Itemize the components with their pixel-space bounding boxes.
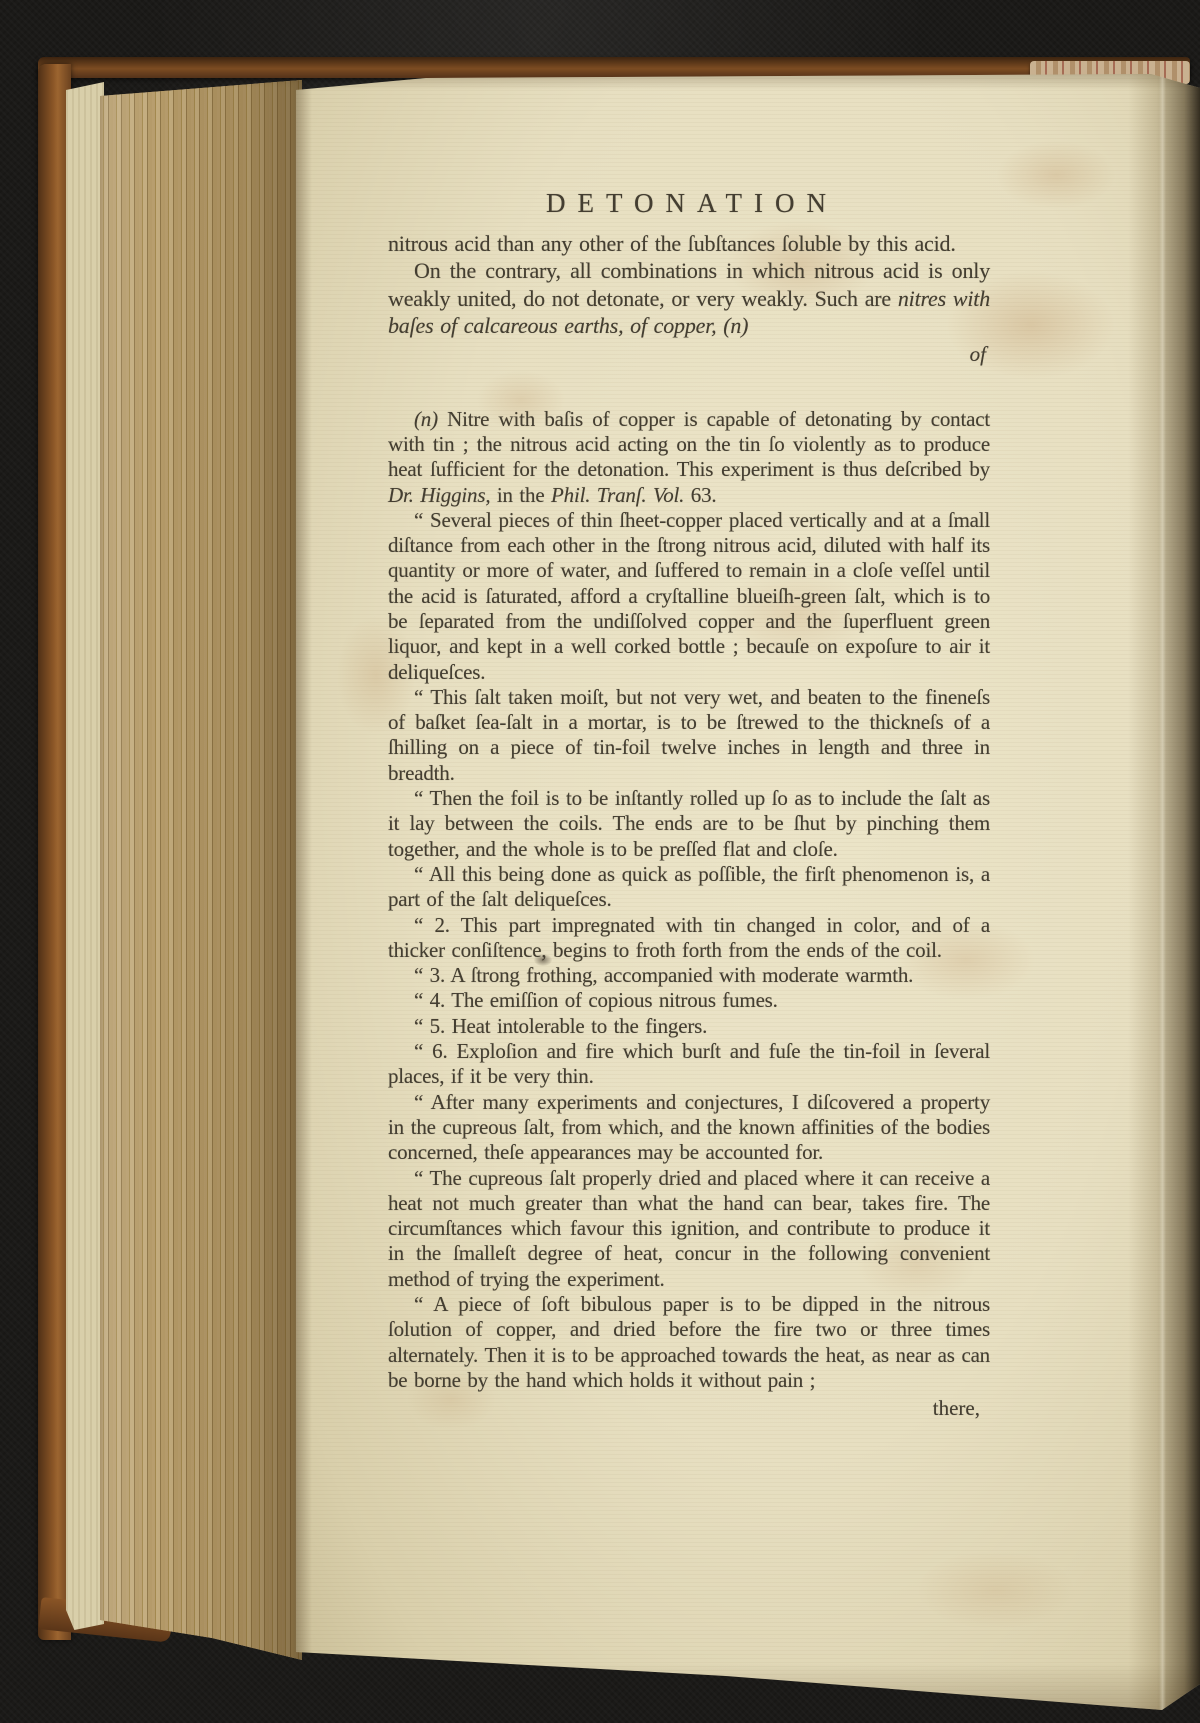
page-inner-edge-shadow — [296, 70, 312, 1723]
paragraph: (n) Nitre with baſis of copper is capabl… — [388, 407, 990, 508]
book-page: DETONATION nitrous acid than any other o… — [296, 70, 1200, 1723]
page-fold-highlight — [1159, 76, 1166, 1713]
paper-stain — [996, 140, 1116, 210]
paragraph: On the contrary, all combinations in whi… — [388, 257, 990, 339]
flyleaf-edge — [66, 82, 104, 1630]
paragraph: “ 3. A ſtrong frothing, accompanied with… — [388, 963, 990, 988]
paper-stain — [916, 1550, 1076, 1630]
catchword-bottom: there, — [388, 1395, 980, 1421]
paragraph: “ After many experiments and conjectures… — [388, 1090, 990, 1166]
paragraph: “ 4. The emiſſion of copious nitrous fum… — [388, 988, 990, 1013]
running-head: DETONATION — [394, 188, 990, 219]
catchword-top: of — [388, 341, 986, 367]
paragraph: “ 5. Heat intolerable to the fingers. — [388, 1014, 990, 1039]
main-text: nitrous acid than any other of the ſubſt… — [388, 230, 990, 340]
footnote-text: (n) Nitre with baſis of copper is capabl… — [388, 407, 990, 1394]
page-bottom-shadow — [296, 1663, 1200, 1723]
paragraph: “ 6. Exploſion and fire which burſt and … — [388, 1039, 990, 1090]
paragraph: “ The cupreous ſalt properly dried and p… — [388, 1166, 990, 1292]
text-block: DETONATION nitrous acid than any other o… — [388, 188, 990, 1421]
paragraph: “ This ſalt taken moiſt, but not very we… — [388, 685, 990, 786]
paragraph: “ Then the foil is to be inſtantly rolle… — [388, 786, 990, 862]
paragraph: “ All this being done as quick as poſſib… — [388, 862, 990, 913]
paragraph: “ A piece of ſoft bibulous paper is to b… — [388, 1292, 990, 1393]
photo-background: DETONATION nitrous acid than any other o… — [0, 0, 1200, 1723]
paragraph: “ Several pieces of thin ſheet-copper pl… — [388, 508, 990, 685]
page-block-fore-edge — [100, 72, 302, 1667]
paragraph: nitrous acid than any other of the ſubſt… — [388, 230, 990, 257]
paragraph: “ 2. This part impregnated with tin chan… — [388, 913, 990, 964]
